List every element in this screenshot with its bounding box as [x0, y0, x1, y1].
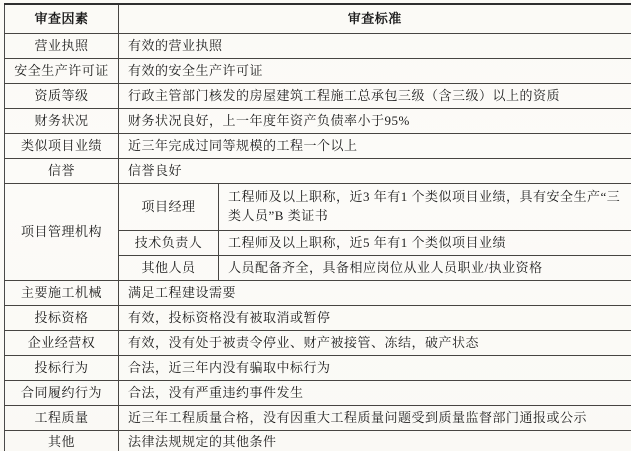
table-row: 安全生产许可证 有效的安全生产许可证: [5, 59, 631, 84]
table-row: 投标行为 合法，近三年内没有骗取中标行为: [5, 356, 631, 381]
standard-cell: 满足工程建设需要: [119, 281, 631, 306]
standard-cell: 近三年完成过同等规模的工程一个以上: [119, 134, 631, 159]
table-row: 营业执照 有效的营业执照: [5, 34, 631, 59]
standard-cell: 近三年工程质量合格，没有因重大工程质量问题受到质量监督部门通报或公示: [119, 406, 631, 431]
factor-cell: 工程质量: [5, 406, 119, 431]
standard-cell: 工程师及以上职称，近3 年有1 个类似项目业绩，具有安全生产“三类人员”B 类证…: [219, 184, 631, 231]
table-row: 主要施工机械 满足工程建设需要: [5, 281, 631, 306]
role-cell: 技术负责人: [119, 231, 219, 256]
factor-cell: 类似项目业绩: [5, 134, 119, 159]
table-row: 合同履约行为 合法，没有严重违约事件发生: [5, 381, 631, 406]
factor-cell-merged: 项目管理机构: [5, 184, 119, 281]
factor-cell: 其他: [5, 431, 119, 451]
standard-cell: 行政主管部门核发的房屋建筑工程施工总承包三级（含三级）以上的资质: [119, 84, 631, 109]
standard-cell: 有效，投标资格没有被取消或暂停: [119, 306, 631, 331]
factor-cell: 合同履约行为: [5, 381, 119, 406]
factor-cell: 信誉: [5, 159, 119, 184]
standard-cell: 合法，近三年内没有骗取中标行为: [119, 356, 631, 381]
table-row: 信誉 信誉良好: [5, 159, 631, 184]
table-row: 工程质量 近三年工程质量合格，没有因重大工程质量问题受到质量监督部门通报或公示: [5, 406, 631, 431]
table-row: 投标资格 有效，投标资格没有被取消或暂停: [5, 306, 631, 331]
standard-cell: 有效的营业执照: [119, 34, 631, 59]
table-row: 类似项目业绩 近三年完成过同等规模的工程一个以上: [5, 134, 631, 159]
scanned-document-page: 审查因素 审查标准 营业执照 有效的营业执照 安全生产许可证 有效的安全生产许可…: [0, 0, 631, 451]
factor-cell: 安全生产许可证: [5, 59, 119, 84]
header-standard-cell: 审查标准: [119, 4, 631, 34]
standard-cell: 有效的安全生产许可证: [119, 59, 631, 84]
standard-cell: 工程师及以上职称，近5 年有1 个类似项目业绩: [219, 231, 631, 256]
table-row: 其他 法律法规规定的其他条件: [5, 431, 631, 451]
table-row: 企业经营权 有效，没有处于被责令停业、财产被接管、冻结，破产状态: [5, 331, 631, 356]
role-cell: 项目经理: [119, 184, 219, 231]
header-factor-cell: 审查因素: [5, 4, 119, 34]
factor-cell: 投标资格: [5, 306, 119, 331]
factor-cell: 主要施工机械: [5, 281, 119, 306]
factor-cell: 资质等级: [5, 84, 119, 109]
factor-cell: 财务状况: [5, 109, 119, 134]
factor-cell: 投标行为: [5, 356, 119, 381]
standard-cell: 法律法规规定的其他条件: [119, 431, 631, 451]
role-cell: 其他人员: [119, 256, 219, 281]
standard-cell: 财务状况良好，上一年度年资产负债率小于95%: [119, 109, 631, 134]
factor-cell: 营业执照: [5, 34, 119, 59]
bid-review-criteria-table: 审查因素 审查标准 营业执照 有效的营业执照 安全生产许可证 有效的安全生产许可…: [4, 3, 631, 451]
table-row: 资质等级 行政主管部门核发的房屋建筑工程施工总承包三级（含三级）以上的资质: [5, 84, 631, 109]
standard-cell: 人员配备齐全，具备相应岗位从业人员职业/执业资格: [219, 256, 631, 281]
factor-cell: 企业经营权: [5, 331, 119, 356]
standard-cell: 有效，没有处于被责令停业、财产被接管、冻结，破产状态: [119, 331, 631, 356]
table-header-row: 审查因素 审查标准: [5, 4, 631, 34]
table-row-project-management: 项目管理机构 项目经理 工程师及以上职称，近3 年有1 个类似项目业绩，具有安全…: [5, 184, 631, 231]
table-row: 财务状况 财务状况良好，上一年度年资产负债率小于95%: [5, 109, 631, 134]
standard-cell: 信誉良好: [119, 159, 631, 184]
standard-cell: 合法，没有严重违约事件发生: [119, 381, 631, 406]
